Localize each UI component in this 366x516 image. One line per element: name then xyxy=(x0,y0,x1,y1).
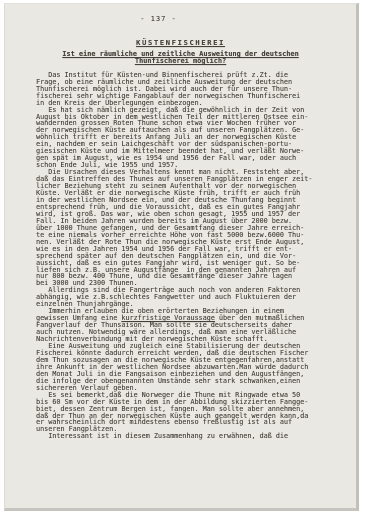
paragraph-5: Immerhin erlauben die oben erörterten Be… xyxy=(36,308,332,343)
paragraph-8: Interessant ist in diesem Zusammenhang z… xyxy=(36,433,332,440)
page-title: KÜSTENFISCHEREI xyxy=(5,38,356,47)
paragraph-7: Es sei bemerkt,daß die Norweger die Thun… xyxy=(36,392,332,434)
body-text: Das Institut für Küsten-und Binnenfische… xyxy=(5,72,356,441)
scanned-document: - 137 - KÜSTENFISCHEREI Ist eine räumlic… xyxy=(0,0,366,516)
paragraph-3: Die Ursachen dieses Verhaltens kennt man… xyxy=(36,169,332,287)
page-subtitle: Ist eine räumliche und zeitliche Ausweit… xyxy=(5,51,356,66)
paragraph-1: Das Institut für Küsten-und Binnenfische… xyxy=(36,72,332,107)
page-number: - 137 - xyxy=(0,15,334,23)
subtitle-line-2: Thunfischerei möglich? xyxy=(5,58,356,65)
paragraph-6: Eine Ausweitung und zugleich eine Stabil… xyxy=(36,343,332,392)
paragraph-4: Allerdings sind die Fangerträge auch noc… xyxy=(36,287,332,308)
paragraph-2: Es hat sich nämlich gezeigt, daß die gew… xyxy=(36,107,332,170)
document-page: - 137 - KÜSTENFISCHEREI Ist eine räumlic… xyxy=(4,3,359,511)
